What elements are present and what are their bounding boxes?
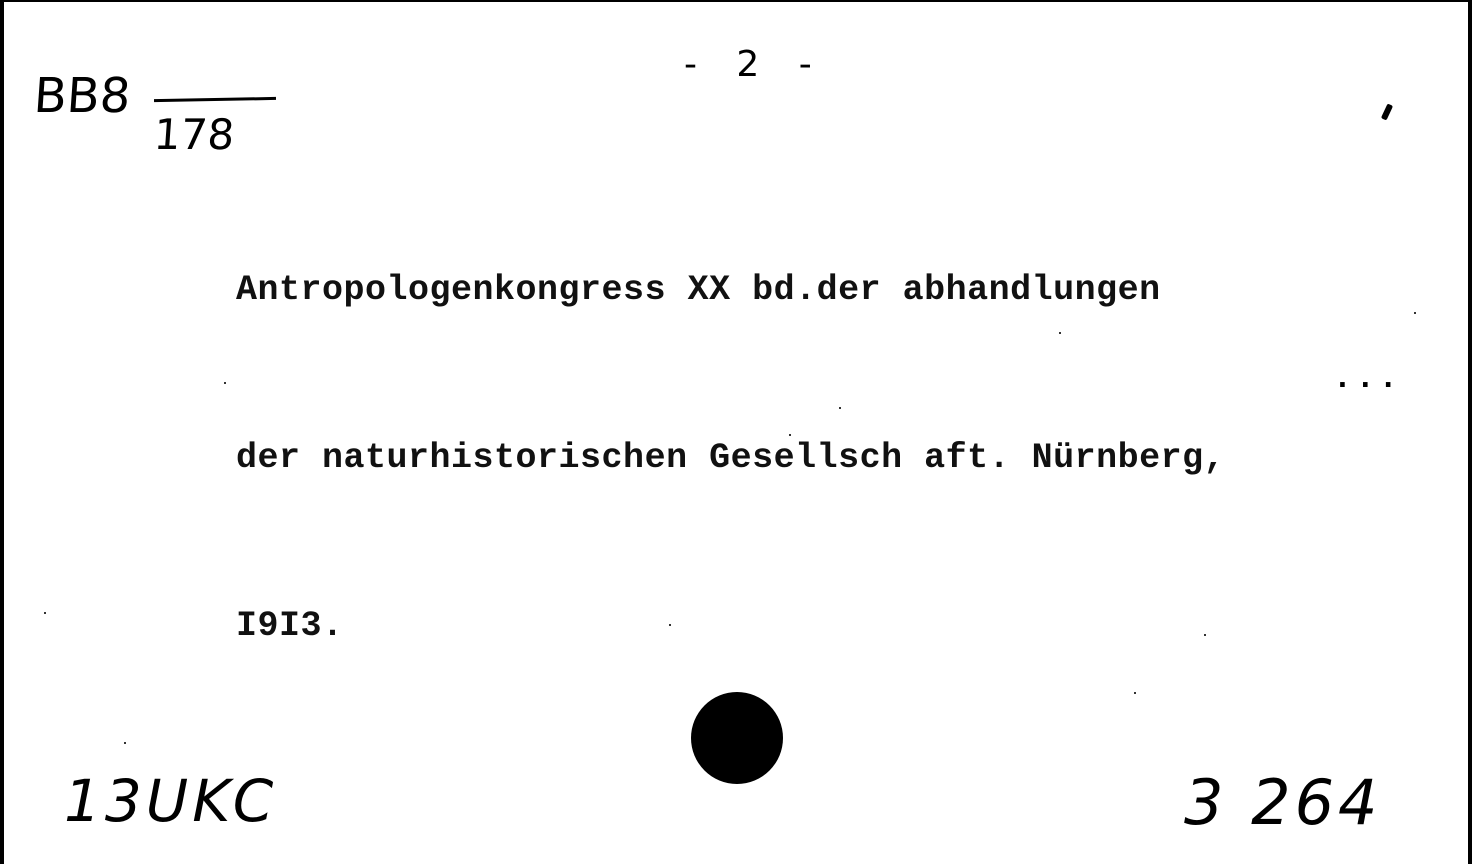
scan-speck [1059, 332, 1061, 334]
scan-speck [789, 434, 791, 436]
shelfmark-top: BB8 [32, 72, 132, 120]
punch-hole [691, 692, 783, 784]
entry-line-3: I9I3. [236, 598, 1225, 654]
shelfmark-divider [154, 97, 276, 102]
entry-line-1: Antropologenkongress XX bd.der abhandlun… [236, 262, 1225, 318]
apostrophe-mark [1381, 103, 1393, 120]
scan-speck [224, 382, 226, 384]
scan-speck [44, 612, 46, 614]
shelfmark-bottom: 178 [153, 114, 236, 156]
entry-line-2: der naturhistorischen Gesellsch aft. Nür… [236, 430, 1225, 486]
scan-speck [1134, 692, 1136, 694]
scan-speck [839, 407, 841, 409]
scan-speck [124, 742, 126, 744]
page-number: - 2 - [684, 44, 826, 85]
continuation-mark: ... [1334, 364, 1403, 392]
catalog-card: - 2 - BB8 178 Antropologenkongress XX bd… [0, 0, 1472, 864]
handwritten-code-left: 13UKC [64, 772, 277, 830]
bibliographic-entry: Antropologenkongress XX bd.der abhandlun… [236, 150, 1225, 766]
scan-speck [1204, 634, 1206, 636]
handwritten-number-right: 3 264 [1184, 772, 1382, 834]
scan-speck [669, 624, 671, 626]
scan-speck [1414, 312, 1416, 314]
